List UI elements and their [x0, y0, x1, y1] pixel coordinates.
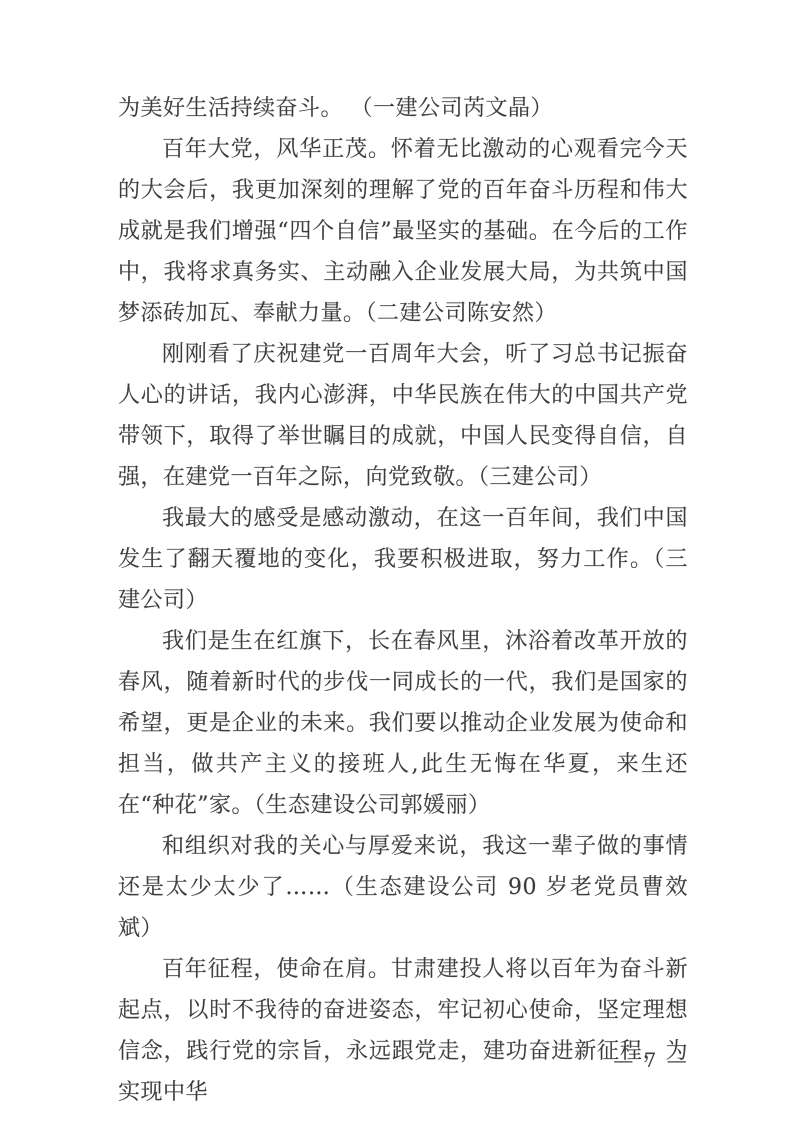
paragraph: 刚刚看了庆祝建党一百周年大会，听了习总书记振奋人心的讲话，我内心澎湃，中华民族在…: [118, 334, 688, 498]
paragraph: 我们是生在红旗下，长在春风里，沐浴着改革开放的春风，随着新时代的步伐一同成长的一…: [118, 621, 688, 826]
paragraph-continuation: 为美好生活持续奋斗。 （一建公司芮文晶）: [118, 88, 688, 129]
document-page: 为美好生活持续奋斗。 （一建公司芮文晶） 百年大党，风华正茂。怀着无比激动的心观…: [0, 0, 800, 1131]
page-number: — 7 —: [596, 1046, 706, 1074]
paragraph: 我最大的感受是感动激动，在这一百年间，我们中国发生了翻天覆地的变化，我要积极进取…: [118, 498, 688, 621]
paragraph: 和组织对我的关心与厚爱来说，我这一辈子做的事情还是太少太少了……（生态建设公司 …: [118, 826, 688, 949]
document-body: 为美好生活持续奋斗。 （一建公司芮文晶） 百年大党，风华正茂。怀着无比激动的心观…: [118, 88, 688, 1113]
paragraph: 百年大党，风华正茂。怀着无比激动的心观看完今天的大会后，我更加深刻的理解了党的百…: [118, 129, 688, 334]
paragraph: 百年征程，使命在肩。甘肃建投人将以百年为奋斗新起点，以时不我待的奋进姿态，牢记初…: [118, 949, 688, 1113]
